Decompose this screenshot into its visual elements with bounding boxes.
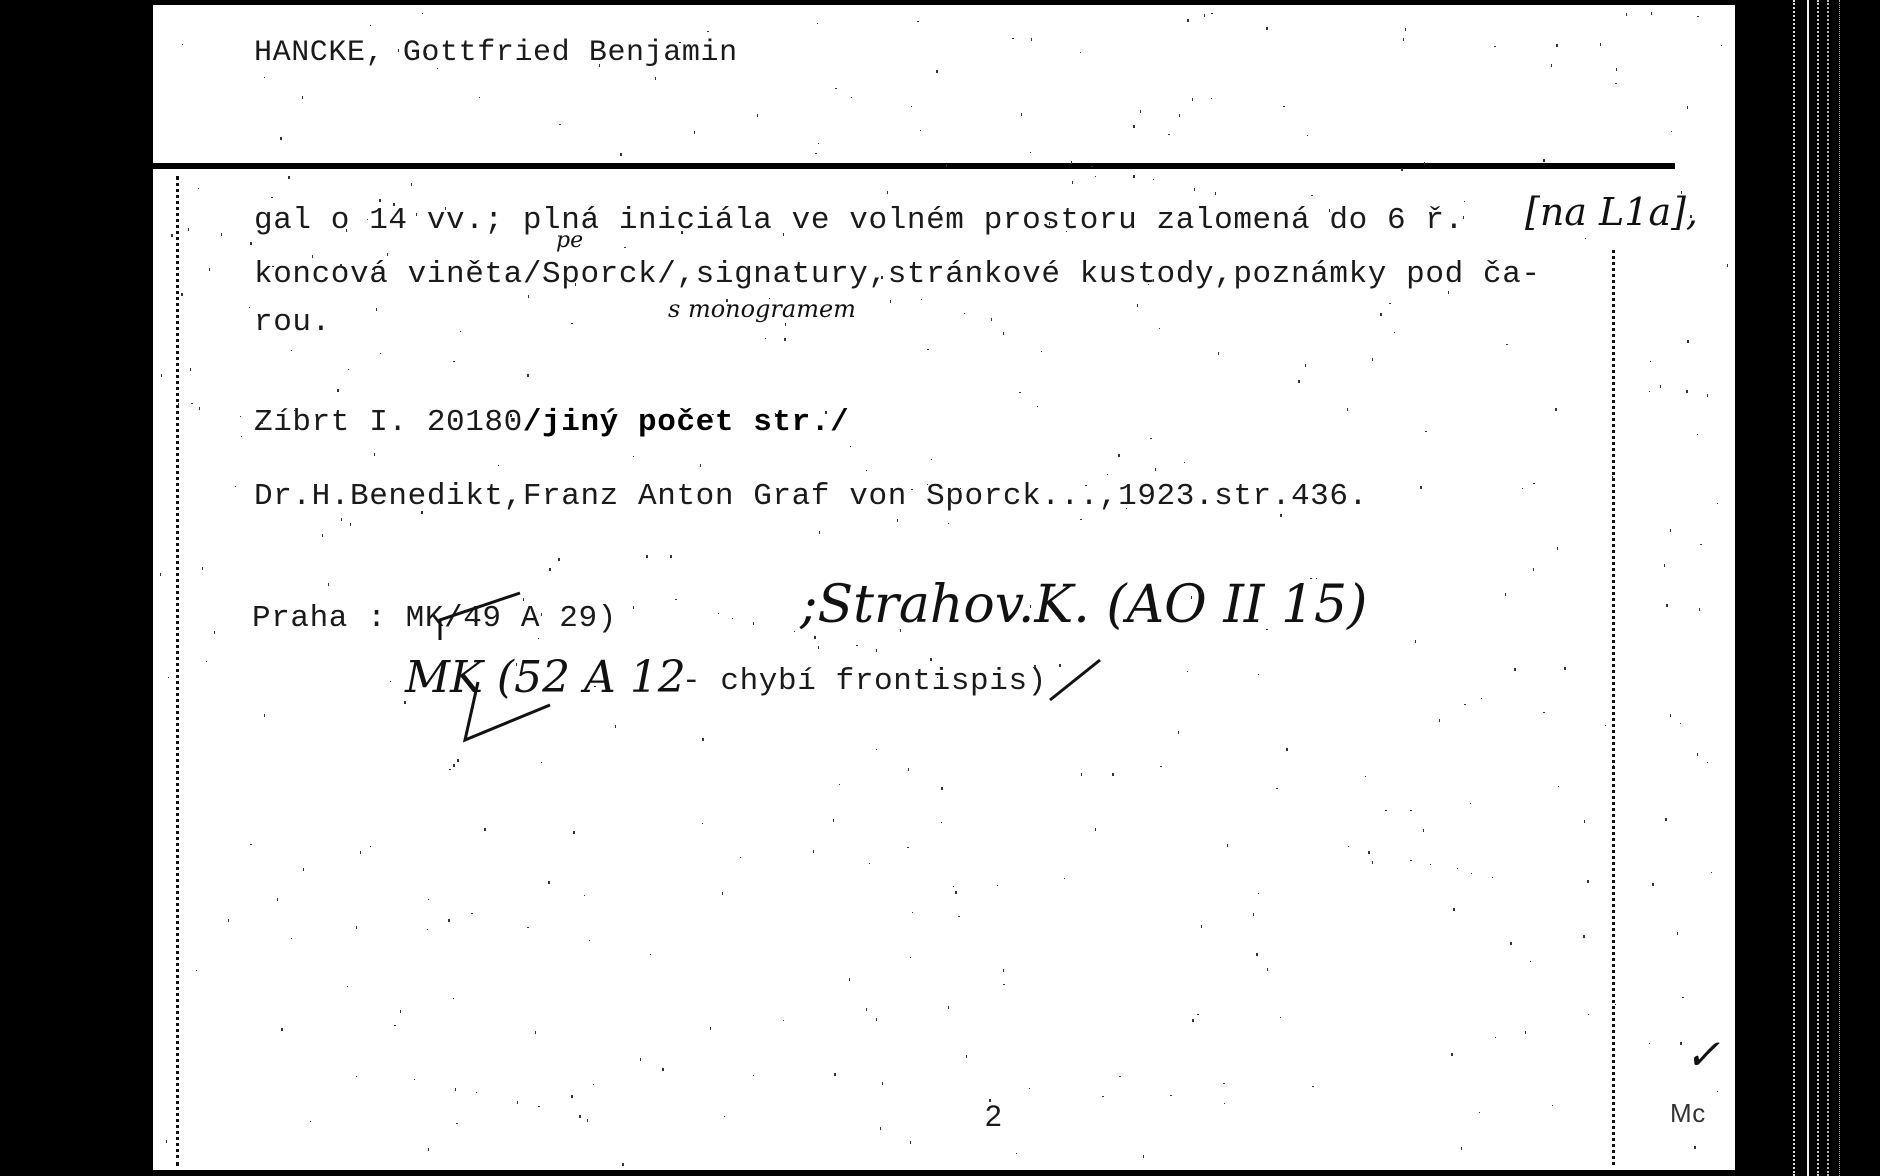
scan-stripe	[1839, 0, 1840, 1176]
scan-stripe	[1807, 0, 1809, 1176]
handwritten-strahov-holding: ;Strahov.K. (AO II 15)	[800, 575, 1367, 635]
description-line-3: rou.	[254, 305, 331, 340]
left-margin-dotted-line	[176, 176, 179, 1166]
scan-stripe	[1793, 0, 1795, 1176]
right-margin-dotted-line	[1612, 250, 1615, 1165]
description-line-1: gal o 14 vv.; plná iniciála ve volném pr…	[254, 203, 1464, 238]
header-rule	[153, 163, 1675, 169]
praha-missing-frontispiece-note: - chybí frontispis)	[682, 664, 1047, 699]
check-mark-icon: ✓	[1685, 1030, 1720, 1079]
handwritten-note-na-l1a: [na L1a],	[1525, 190, 1698, 234]
praha-holding: Praha : MK/49 A 29)	[252, 601, 617, 636]
card-heading: HANCKE, Gottfried Benjamin	[254, 36, 738, 70]
handwritten-praha-shelfmark: MK (52 A 12	[405, 652, 686, 703]
page-number: 2	[985, 1100, 1002, 1134]
benedikt-reference: Dr.H.Benedikt,Franz Anton Graf von Sporc…	[254, 479, 1368, 514]
handwritten-superscript-pe: pe	[556, 228, 583, 253]
description-line-2: koncová viněta/Sporck/,signatury,stránko…	[254, 257, 1541, 292]
zibrt-prefix: Zíbrt I. 20180	[254, 405, 523, 440]
scanner-edge-panel	[1735, 0, 1880, 1176]
scan-stripe	[1817, 0, 1819, 1176]
cataloger-initials: Mc	[1670, 1098, 1706, 1129]
zibrt-note: /jiný počet str./	[523, 405, 849, 440]
scan-stripe	[1827, 0, 1829, 1176]
handwritten-note-monogram: s monogramem	[668, 295, 856, 323]
zibrt-reference: Zíbrt I. 20180/jiný počet str./	[254, 405, 849, 440]
